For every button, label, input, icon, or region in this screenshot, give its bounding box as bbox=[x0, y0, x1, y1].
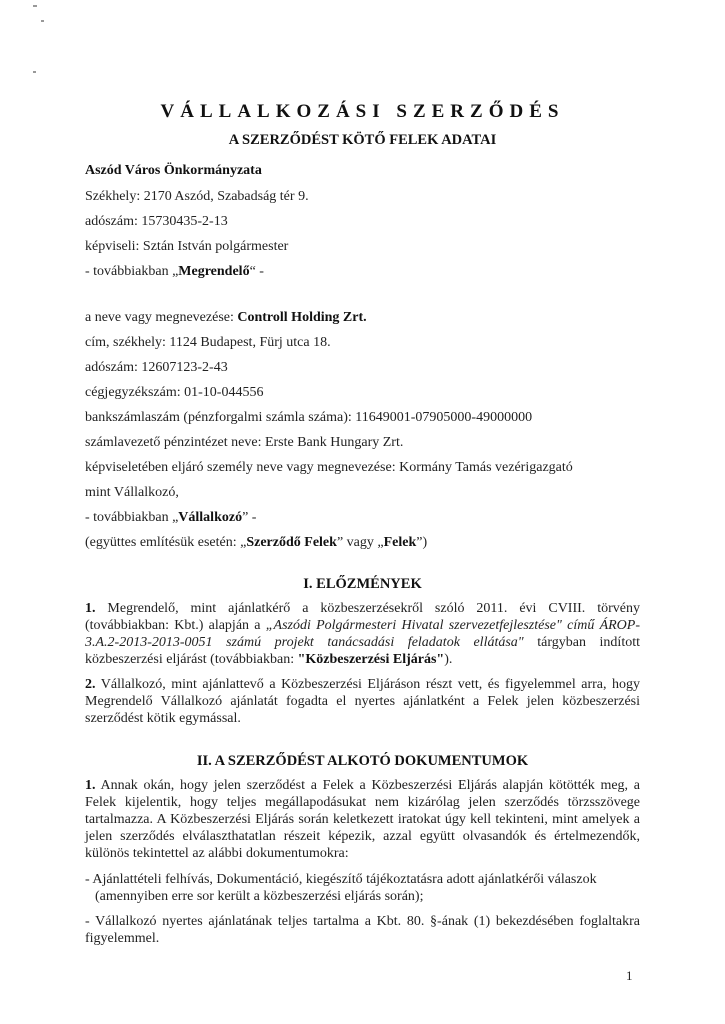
scan-artifact bbox=[33, 71, 36, 73]
party2-designation: - továbbiakban „Vállalkozó” - bbox=[85, 510, 256, 526]
party2-tax-number: adószám: 12607123-2-43 bbox=[85, 360, 228, 376]
designation-bold: Vállalkozó bbox=[178, 510, 242, 525]
section2-bullet-1: - Ajánlattételi felhívás, Dokumentáció, … bbox=[85, 871, 640, 905]
party2-name: a neve vagy megnevezése: Controll Holdin… bbox=[85, 310, 367, 326]
joint-bold-1: Szerződő Felek bbox=[246, 535, 337, 550]
joint-bold-2: Felek bbox=[384, 535, 417, 550]
designation-suffix: “ - bbox=[250, 264, 264, 279]
designation-prefix: - továbbiakban „ bbox=[85, 264, 178, 279]
party2-as-contractor: mint Vállalkozó, bbox=[85, 485, 179, 501]
document-title: VÁLLALKOZÁSI SZERZŐDÉS bbox=[0, 101, 725, 123]
party1-seat: Székhely: 2170 Aszód, Szabadság tér 9. bbox=[85, 189, 309, 205]
paragraph-number: 1. bbox=[85, 601, 96, 616]
party1-representative: képviseli: Sztán István polgármester bbox=[85, 239, 288, 255]
section2-paragraph-1: 1. Annak okán, hogy jelen szerződést a F… bbox=[85, 777, 640, 862]
party2-name-label: a neve vagy megnevezése: bbox=[85, 310, 237, 325]
page-number: 1 bbox=[626, 968, 633, 984]
paragraph-text: Vállalkozó, mint ajánlattevő a Közbeszer… bbox=[85, 677, 640, 726]
joint-suffix: ”) bbox=[416, 535, 427, 550]
designation-bold: Megrendelő bbox=[178, 264, 249, 279]
party1-name: Aszód Város Önkormányzata bbox=[85, 163, 262, 179]
section1-heading: I. ELŐZMÉNYEK bbox=[0, 576, 725, 593]
section2-bullet-2: - Vállalkozó nyertes ajánlatának teljes … bbox=[85, 913, 640, 947]
paragraph-number: 2. bbox=[85, 677, 96, 692]
party2-address: cím, székhely: 1124 Budapest, Fürj utca … bbox=[85, 335, 331, 351]
scan-artifact bbox=[41, 20, 44, 22]
section2-heading: II. A SZERZŐDÉST ALKOTÓ DOKUMENTUMOK bbox=[0, 753, 725, 770]
designation-prefix: - továbbiakban „ bbox=[85, 510, 178, 525]
paragraph-text: Annak okán, hogy jelen szerződést a Fele… bbox=[85, 778, 640, 861]
paragraph-text: ). bbox=[444, 652, 452, 667]
document-subtitle: A SZERZŐDÉST KÖTŐ FELEK ADATAI bbox=[0, 132, 725, 149]
party1-tax-number: adószám: 15730435-2-13 bbox=[85, 214, 228, 230]
section1-paragraph-1: 1. Megrendelő, mint ajánlatkérő a közbes… bbox=[85, 600, 640, 668]
party2-company-reg: cégjegyzékszám: 01-10-044556 bbox=[85, 385, 263, 401]
party2-bank-account: bankszámlaszám (pénzforgalmi számla szám… bbox=[85, 410, 532, 426]
bullet-text: - Ajánlattételi felhívás, Dokumentáció, … bbox=[85, 872, 597, 887]
party2-bank-name: számlavezető pénzintézet neve: Erste Ban… bbox=[85, 435, 403, 451]
paragraph-number: 1. bbox=[85, 778, 96, 793]
document-page: VÁLLALKOZÁSI SZERZŐDÉS A SZERZŐDÉST KÖTŐ… bbox=[0, 0, 725, 1024]
party2-representative: képviseletében eljáró személy neve vagy … bbox=[85, 460, 573, 476]
party1-designation: - továbbiakban „Megrendelő“ - bbox=[85, 264, 264, 280]
bullet-text-continued: (amennyiben erre sor került a közbeszerz… bbox=[85, 888, 640, 905]
joint-prefix: (együttes említésük esetén: „ bbox=[85, 535, 246, 550]
joint-mid: ” vagy „ bbox=[337, 535, 384, 550]
designation-suffix: ” - bbox=[242, 510, 256, 525]
procedure-name: "Közbeszerzési Eljárás" bbox=[298, 652, 445, 667]
parties-joint-designation: (együttes említésük esetén: „Szerződő Fe… bbox=[85, 535, 427, 551]
section1-paragraph-2: 2. Vállalkozó, mint ajánlattevő a Közbes… bbox=[85, 676, 640, 727]
scan-artifact bbox=[33, 5, 37, 7]
party2-name-value: Controll Holding Zrt. bbox=[237, 310, 366, 325]
